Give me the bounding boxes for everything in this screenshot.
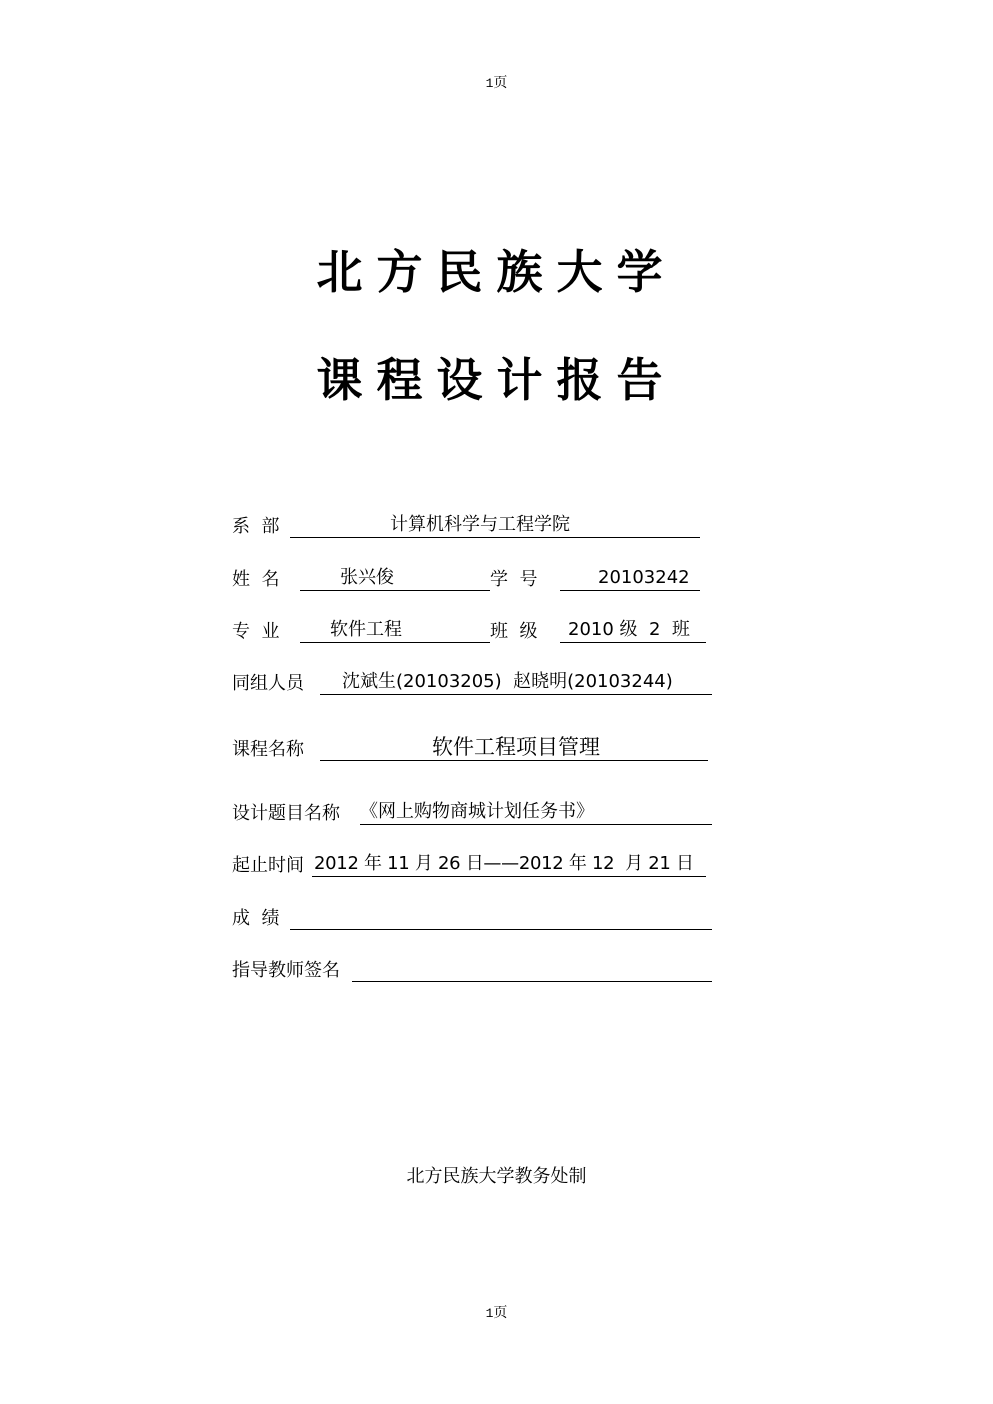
course-name-value: 软件工程项目管理 xyxy=(432,733,600,761)
design-topic-field: 《网上购物商城计划任务书》 xyxy=(360,799,712,825)
major-row: 专 业 软件工程 班 级 2010 级 2 班 xyxy=(232,613,706,643)
department-value: 计算机科学与工程学院 xyxy=(390,512,570,538)
footer-page-number: 1页 xyxy=(0,1302,993,1322)
group-members-field: 沈斌生(20103205) 赵晓明(20103244) xyxy=(320,669,712,695)
advisor-signature-label: 指导教师签名 xyxy=(232,956,352,982)
name-row: 姓 名 张兴俊 学 号 20103242 xyxy=(232,561,700,591)
period-label: 起止时间 xyxy=(232,851,312,877)
page-suffix: 页 xyxy=(493,1305,507,1321)
class-field: 2010 级 2 班 xyxy=(560,617,706,643)
class-label: 班 级 xyxy=(490,617,560,643)
course-name-row: 课程名称 软件工程项目管理 xyxy=(232,731,708,761)
student-id-value: 20103242 xyxy=(598,565,690,591)
period-field: 2012 年 11 月 26 日——2012 年 12 月 21 日 xyxy=(312,851,706,877)
name-value: 张兴俊 xyxy=(340,565,394,591)
group-members-value: 沈斌生(20103205) 赵晓明(20103244) xyxy=(342,669,673,695)
design-topic-row: 设计题目名称 《网上购物商城计划任务书》 xyxy=(232,795,712,825)
course-name-field: 软件工程项目管理 xyxy=(320,733,708,761)
group-members-label: 同组人员 xyxy=(232,669,320,695)
name-field: 张兴俊 xyxy=(300,565,490,591)
advisor-signature-row: 指导教师签名 xyxy=(232,952,712,982)
name-label: 姓 名 xyxy=(232,565,300,591)
period-row: 起止时间 2012 年 11 月 26 日——2012 年 12 月 21 日 xyxy=(232,847,706,877)
page-suffix: 页 xyxy=(493,75,507,91)
advisor-signature-field[interactable] xyxy=(352,956,712,982)
grade-row: 成 绩 xyxy=(232,900,712,930)
student-id-field: 20103242 xyxy=(560,565,700,591)
design-topic-value: 《网上购物商城计划任务书》 xyxy=(360,799,594,825)
grade-label: 成 绩 xyxy=(232,904,290,930)
university-title: 北方民族大学 xyxy=(0,236,993,302)
department-label: 系 部 xyxy=(232,512,290,538)
student-id-label: 学 号 xyxy=(490,565,560,591)
class-value: 2010 级 2 班 xyxy=(568,617,690,643)
period-value: 2012 年 11 月 26 日——2012 年 12 月 21 日 xyxy=(314,851,694,877)
group-members-row: 同组人员 沈斌生(20103205) 赵晓明(20103244) xyxy=(232,665,712,695)
major-field: 软件工程 xyxy=(300,617,490,643)
department-row: 系 部 计算机科学与工程学院 xyxy=(232,508,700,538)
report-title: 课程设计报告 xyxy=(0,344,993,410)
design-topic-label: 设计题目名称 xyxy=(232,799,360,825)
header-page-number: 1页 xyxy=(0,72,993,92)
major-value: 软件工程 xyxy=(330,617,402,643)
grade-field[interactable] xyxy=(290,904,712,930)
issuer-text: 北方民族大学教务处制 xyxy=(0,1162,993,1188)
department-field: 计算机科学与工程学院 xyxy=(290,512,700,538)
major-label: 专 业 xyxy=(232,617,300,643)
course-name-label: 课程名称 xyxy=(232,735,320,761)
